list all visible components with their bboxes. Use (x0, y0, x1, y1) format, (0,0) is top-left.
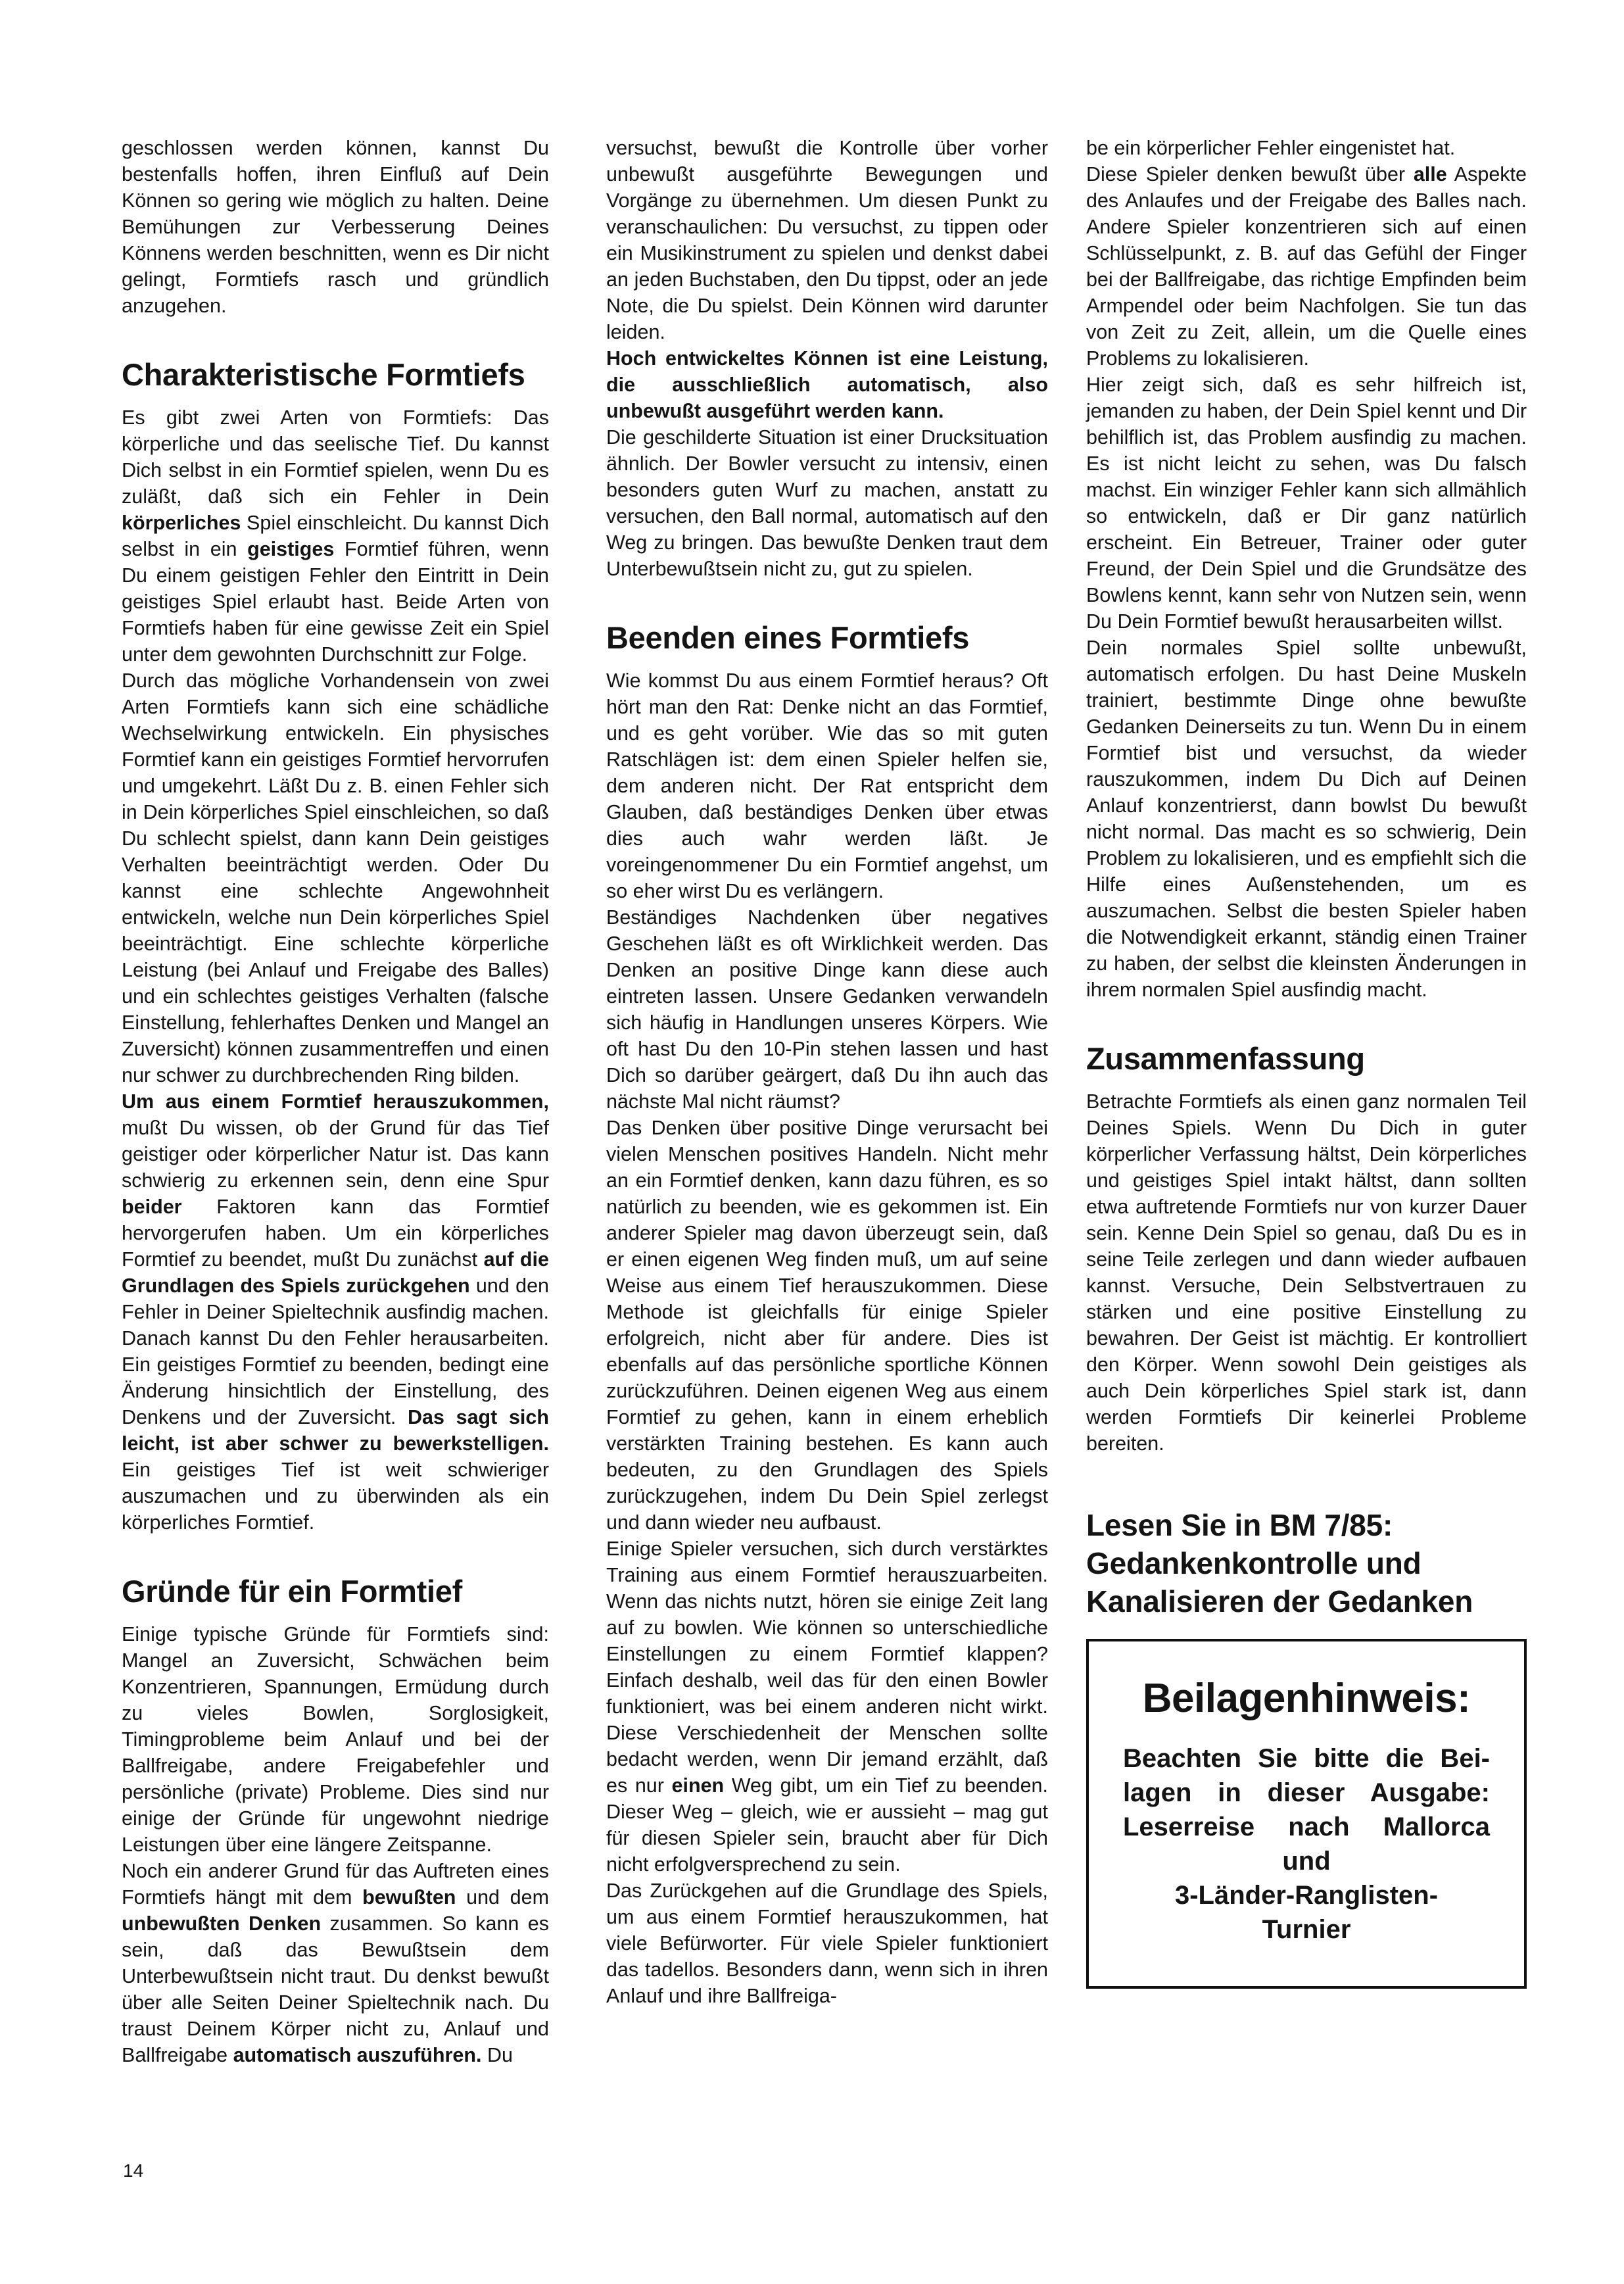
paragraph: Wie kommst Du aus einem Formtief heraus?… (606, 668, 1048, 904)
text-run: Ein geistiges Tief ist weit schwieriger … (122, 1459, 549, 1534)
insert-notice-line: lagen in dieser Ausgabe: (1109, 1776, 1504, 1810)
text-run: Diese Spieler denken bewußt über (1086, 163, 1414, 185)
column-3: be ein körperlicher Fehler eingenistet h… (1086, 135, 1527, 1989)
text-run: Aspekte des Anlaufes und der Freigabe de… (1086, 163, 1527, 370)
section-heading: Charakteristische Formtiefs (122, 357, 549, 393)
insert-notice-line: 3-Länder-Ranglisten- (1109, 1878, 1504, 1912)
text-run: Einige typische Gründe für Formtiefs sin… (122, 1623, 549, 1856)
bold-emphasis: Hoch entwickeltes Können ist eine Leistu… (606, 347, 1048, 422)
page-number: 14 (123, 2160, 143, 2181)
paragraph: Einige typische Gründe für Formtiefs sin… (122, 1621, 549, 1858)
text-run: Das Zurückgehen auf die Grundlage des Sp… (606, 1880, 1048, 2007)
paragraph: geschlossen werden können, kannst Du bes… (122, 135, 549, 319)
bold-emphasis: beider (122, 1196, 182, 1218)
paragraph: Betrachte Formtiefs als einen ganz norma… (1086, 1088, 1527, 1457)
column-1: geschlossen werden können, kannst Du bes… (122, 135, 549, 2068)
insert-notice-box: Beilagenhinweis: Beachten Sie bitte die … (1086, 1639, 1527, 1989)
paragraph: be ein körperlicher Fehler eingenistet h… (1086, 135, 1527, 161)
column-3-body: be ein körperlicher Fehler eingenistet h… (1086, 135, 1527, 1457)
paragraph: Hier zeigt sich, daß es sehr hilfreich i… (1086, 372, 1527, 635)
section-heading: Beenden eines Formtiefs (606, 620, 1048, 656)
paragraph: Die geschilderte Situation ist einer Dru… (606, 424, 1048, 582)
promo-line: Kanalisieren der Gedanken (1086, 1582, 1527, 1620)
text-run: be ein körperlicher Fehler eingenistet h… (1086, 137, 1455, 159)
paragraph: Es gibt zwei Arten von Formtiefs: Das kö… (122, 404, 549, 668)
bold-emphasis: alle (1414, 163, 1447, 185)
text-run: und den Fehler in Deiner Spieltechnik au… (122, 1275, 549, 1428)
text-run: Es gibt zwei Arten von Formtiefs: Das kö… (122, 406, 549, 508)
bold-emphasis: bewußten (362, 1886, 456, 1908)
paragraph: Durch das mögliche Vorhandensein von zwe… (122, 668, 549, 1088)
text-run: zusammen. So kann es sein, daß das Bewuß… (122, 1912, 549, 2066)
paragraph: Hoch entwickeltes Können ist eine Leistu… (606, 345, 1048, 424)
paragraph: Noch ein anderer Grund für das Auftreten… (122, 1858, 549, 2068)
insert-notice-title: Beilagenhinweis: (1109, 1673, 1504, 1724)
paragraph: Das Zurückgehen auf die Grundlage des Sp… (606, 1878, 1048, 2009)
text-run: mußt Du wissen, ob der Grund für das Tie… (122, 1117, 549, 1192)
next-issue-promo: Lesen Sie in BM 7/85: Gedankenkontrolle … (1086, 1506, 1527, 1620)
bold-emphasis: geistiges (247, 538, 334, 560)
paragraph: Diese Spieler denken bewußt über alle As… (1086, 161, 1527, 372)
promo-line: Lesen Sie in BM 7/85: (1086, 1506, 1527, 1544)
paragraph: Einige Spieler versuchen, sich durch ver… (606, 1536, 1048, 1878)
insert-notice-line: Turnier (1109, 1912, 1504, 1947)
insert-notice-line: Beachten Sie bitte die Bei- (1109, 1741, 1504, 1776)
bold-emphasis: einen (672, 1774, 725, 1797)
section-heading: Gründe für ein Formtief (122, 1574, 549, 1609)
bold-emphasis: Um aus einem Formtief herauszukommen, (122, 1090, 549, 1113)
text-run: Die geschilderte Situation ist einer Dru… (606, 426, 1048, 580)
text-run: Hier zeigt sich, daß es sehr hilfreich i… (1086, 374, 1527, 633)
text-run: Beständiges Nachdenken über negatives Ge… (606, 906, 1048, 1113)
insert-notice-line: und (1109, 1844, 1504, 1878)
text-run: Betrachte Formtiefs als einen ganz norma… (1086, 1090, 1527, 1455)
section-heading: Zusammenfassung (1086, 1041, 1527, 1077)
paragraph: Das Denken über positive Dinge verursach… (606, 1115, 1048, 1536)
text-run: Dein normales Spiel sollte unbewußt, aut… (1086, 637, 1527, 1001)
text-run: Das Denken über positive Dinge verursach… (606, 1117, 1048, 1534)
paragraph: Dein normales Spiel sollte unbewußt, aut… (1086, 635, 1527, 1003)
text-run: Einige Spieler versuchen, sich durch ver… (606, 1538, 1048, 1797)
paragraph: Beständiges Nachdenken über negatives Ge… (606, 904, 1048, 1115)
text-run: Du (481, 2044, 512, 2066)
insert-notice-line: Leserreise nach Mallorca (1109, 1810, 1504, 1844)
text-run: und dem (456, 1886, 549, 1908)
text-run: versuchst, bewußt die Kontrolle über vor… (606, 137, 1048, 343)
bold-emphasis: automatisch auszuführen. (233, 2044, 482, 2066)
paragraph: Um aus einem Formtief herauszukommen, mu… (122, 1088, 549, 1536)
column-2: versuchst, bewußt die Kontrolle über vor… (606, 135, 1048, 2009)
promo-line: Gedankenkontrolle und (1086, 1544, 1527, 1582)
paragraph: versuchst, bewußt die Kontrolle über vor… (606, 135, 1048, 345)
text-run: Wie kommst Du aus einem Formtief heraus?… (606, 669, 1048, 902)
text-run: geschlossen werden können, kannst Du bes… (122, 137, 549, 317)
bold-emphasis: körperliches (122, 512, 241, 534)
text-run: Durch das mögliche Vorhandensein von zwe… (122, 669, 549, 1086)
bold-emphasis: unbewußten Denken (122, 1912, 321, 1935)
